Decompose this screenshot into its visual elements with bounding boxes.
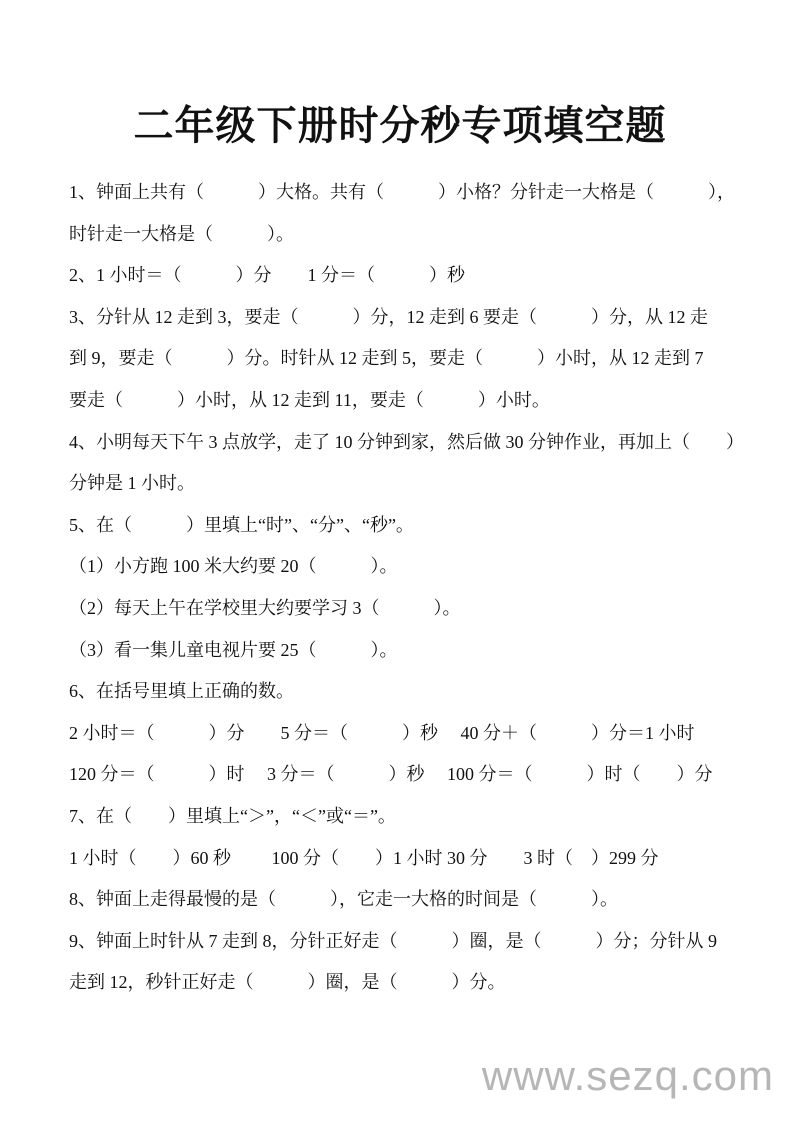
worksheet-line: （3）看一集儿童电视片要 25（ ）。: [69, 630, 780, 672]
worksheet-line: （1）小方跑 100 米大约要 20（ ）。: [69, 546, 780, 588]
worksheet-line: 要走（ ）小时，从 12 走到 11，要走（ ）小时。: [69, 380, 780, 422]
worksheet-line: （2）每天上午在学校里大约要学习 3（ ）。: [69, 588, 780, 630]
worksheet-body: 1、钟面上共有（ ）大格。共有（ ）小格？分针走一大格是（ ）， 时针走一大格是…: [0, 172, 800, 1004]
worksheet-line: 1 小时（ ）60 秒 100 分（ ）1 小时 30 分 3 时（ ）299 …: [69, 838, 780, 880]
worksheet-line: 120 分＝（ ）时 3 分＝（ ）秒 100 分＝（ ）时（ ）分: [69, 754, 780, 796]
worksheet-line: 2、1 小时＝（ ）分 1 分＝（ ）秒: [69, 255, 780, 297]
worksheet-line: 4、小明每天下午 3 点放学，走了 10 分钟到家，然后做 30 分钟作业，再加…: [69, 422, 780, 464]
site-watermark: www.sezq.com: [482, 1052, 774, 1100]
worksheet-line: 3、分针从 12 走到 3，要走（ ）分，12 走到 6 要走（ ）分，从 12…: [69, 297, 780, 339]
worksheet-line: 6、在括号里填上正确的数。: [69, 671, 780, 713]
worksheet-page: 二年级下册时分秒专项填空题 1、钟面上共有（ ）大格。共有（ ）小格？分针走一大…: [0, 0, 800, 1131]
worksheet-line: 9、钟面上时针从 7 走到 8，分针正好走（ ）圈，是（ ）分；分针从 9: [69, 921, 780, 963]
worksheet-title: 二年级下册时分秒专项填空题: [0, 0, 800, 152]
worksheet-line: 走到 12，秒针正好走（ ）圈，是（ ）分。: [69, 962, 780, 1004]
worksheet-line: 到 9，要走（ ）分。时针从 12 走到 5，要走（ ）小时，从 12 走到 7: [69, 338, 780, 380]
worksheet-line: 2 小时＝（ ）分 5 分＝（ ）秒 40 分＋（ ）分＝1 小时: [69, 713, 780, 755]
worksheet-line: 时针走一大格是（ ）。: [69, 214, 780, 256]
worksheet-line: 8、钟面上走得最慢的是（ ），它走一大格的时间是（ ）。: [69, 879, 780, 921]
worksheet-line: 1、钟面上共有（ ）大格。共有（ ）小格？分针走一大格是（ ），: [69, 172, 780, 214]
worksheet-line: 7、在（ ）里填上“＞”，“＜”或“＝”。: [69, 796, 780, 838]
worksheet-line: 5、在（ ）里填上“时”、“分”、“秒”。: [69, 505, 780, 547]
worksheet-line: 分钟是 1 小时。: [69, 463, 780, 505]
